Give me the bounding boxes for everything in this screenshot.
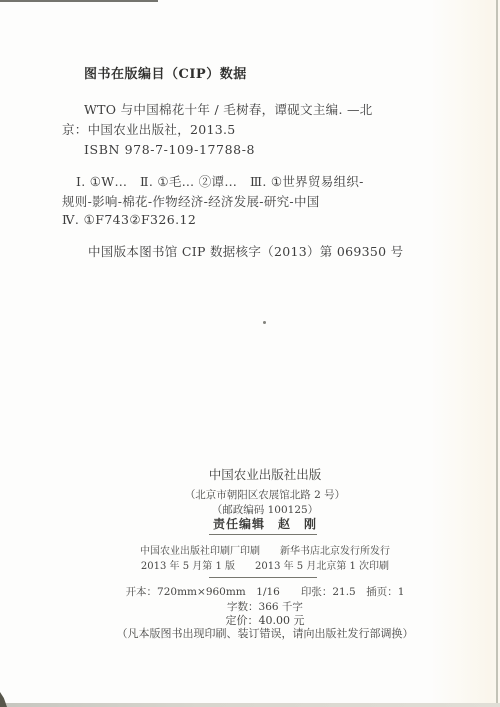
defect-exchange-notice: （凡本版图书出现印刷、装订错误，请向出版社发行部调换） (65, 628, 465, 641)
colophon-divider-top (209, 534, 317, 535)
scan-artifact-page-edge (496, 0, 498, 707)
responsible-editor: 责任编辑 赵 刚 (65, 518, 465, 532)
scan-artifact-top-edge (0, 0, 158, 2)
cip-header: 图书在版编目（CIP）数据 (84, 68, 247, 83)
publisher-address: （北京市朝阳区农展馆北路 2 号） (65, 489, 465, 501)
scan-artifact-corner-mark (0, 692, 7, 707)
format-sheets-line: 开本：720mm×960mm 1/16 印张：21.5 插页：1 (65, 586, 465, 598)
scan-artifact-bottom-band (0, 703, 500, 707)
classification-line-3: Ⅳ. ①F743②F326.12 (62, 213, 196, 227)
printing-distribution-line: 中国农业出版社印刷厂印刷 新华书店北京发行所发行 (65, 546, 465, 558)
colophon-divider-bottom (209, 577, 317, 578)
edition-impression-line: 2013 年 5 月第 1 版 2013 年 5 月北京第 1 次印刷 (65, 561, 465, 573)
bibliography-line-1: WTO 与中国棉花十年 / 毛树春，谭砚文主编. —北 (84, 103, 373, 117)
postal-code: （邮政编码 100125） (65, 504, 465, 516)
bibliography-line-2: 京：中国农业出版社，2013.5 (62, 123, 236, 137)
price-line: 定价：40.00 元 (65, 615, 465, 628)
classification-line-2: 规则-影响-棉花-作物经济-经济发展-研究-中国 (62, 195, 320, 209)
word-count-line: 字数：366 千字 (65, 601, 465, 613)
publisher-line: 中国农业出版社出版 (65, 468, 465, 482)
book-copyright-page: 图书在版编目（CIP）数据 WTO 与中国棉花十年 / 毛树春，谭砚文主编. —… (0, 0, 500, 707)
cip-registry-number: 中国版本图书馆 CIP 数据核字（2013）第 069350 号 (88, 245, 403, 259)
isbn-line: ISBN 978-7-109-17788-8 (84, 143, 255, 157)
classification-line-1: Ⅰ. ①W… Ⅱ. ①毛… ②谭… Ⅲ. ①世界贸易组织- (76, 175, 364, 189)
scan-artifact-speck (263, 321, 266, 324)
